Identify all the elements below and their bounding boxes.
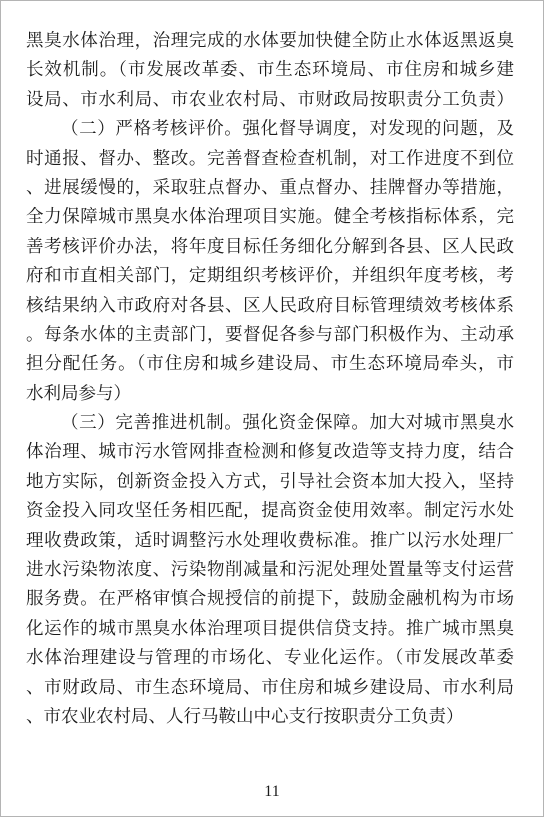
text-line: 化运作的城市黑臭水体治理项目提供信贷支持。推广城市黑臭 [26,614,514,643]
text-line: 进水污染物浓度、污染物削减量和污泥处理处置量等支付运营 [26,555,514,584]
text-line: 地方实际，创新资金投入方式，引导社会资本加大投入，坚持 [26,467,514,496]
text-line: 府和市直相关部门，定期组织考核评价，并组织年度考核，考 [26,261,514,290]
text-line: 全力保障城市黑臭水体治理项目实施。健全考核指标体系，完 [26,202,514,231]
text-line: 设局、市水利局、市农业农村局、市财政局按职责分工负责） [26,85,514,114]
page-footer: 11 [1,783,543,801]
text-line: 资金投入同攻坚任务相匹配，提高资金使用效率。制定污水处 [26,496,514,525]
text-line: 水体治理建设与管理的市场化、专业化运作。（市发展改革委 [26,643,514,672]
text-line: 、市农业农村局、人行马鞍山中心支行按职责分工负责） [26,702,514,731]
text-line: （二）严格考核评价。强化督导调度，对发现的问题，及 [26,114,514,143]
text-line: 善考核评价办法，将年度目标任务细化分解到各县、区人民政 [26,232,514,261]
paragraph: （二）严格考核评价。强化督导调度，对发现的问题，及时通报、督办、整改。完善督查检… [26,114,514,408]
text-line: 水利局参与） [26,379,514,408]
text-line: 担分配任务。（市住房和城乡建设局、市生态环境局牵头，市 [26,349,514,378]
text-line: 、进展缓慢的，采取驻点督办、重点督办、挂牌督办等措施， [26,173,514,202]
document-body: 黑臭水体治理，治理完成的水体要加快健全防止水体返黑返臭长效机制。（市发展改革委、… [1,1,543,731]
text-line: 核结果纳入市政府对各县、区人民政府目标管理绩效考核体系 [26,291,514,320]
paragraph: 黑臭水体治理，治理完成的水体要加快健全防止水体返黑返臭长效机制。（市发展改革委、… [26,26,514,114]
paragraph: （三）完善推进机制。强化资金保障。加大对城市黑臭水体治理、城市污水管网排查检测和… [26,408,514,731]
text-line: 时通报、督办、整改。完善督查检查机制，对工作进度不到位 [26,144,514,173]
text-line: 长效机制。（市发展改革委、市生态环境局、市住房和城乡建 [26,55,514,84]
text-line: 理收费政策，适时调整污水处理收费标准。推广以污水处理厂 [26,526,514,555]
document-page: 黑臭水体治理，治理完成的水体要加快健全防止水体返黑返臭长效机制。（市发展改革委、… [0,0,544,817]
text-line: （三）完善推进机制。强化资金保障。加大对城市黑臭水 [26,408,514,437]
text-line: 服务费。在严格审慎合规授信的前提下，鼓励金融机构为市场 [26,584,514,613]
text-line: 体治理、城市污水管网排查检测和修复改造等支持力度，结合 [26,437,514,466]
page-number: 11 [264,783,279,800]
text-line: 、市财政局、市生态环境局、市住房和城乡建设局、市水利局 [26,673,514,702]
text-line: 黑臭水体治理，治理完成的水体要加快健全防止水体返黑返臭 [26,26,514,55]
text-line: 。每条水体的主责部门，要督促各参与部门积极作为、主动承 [26,320,514,349]
